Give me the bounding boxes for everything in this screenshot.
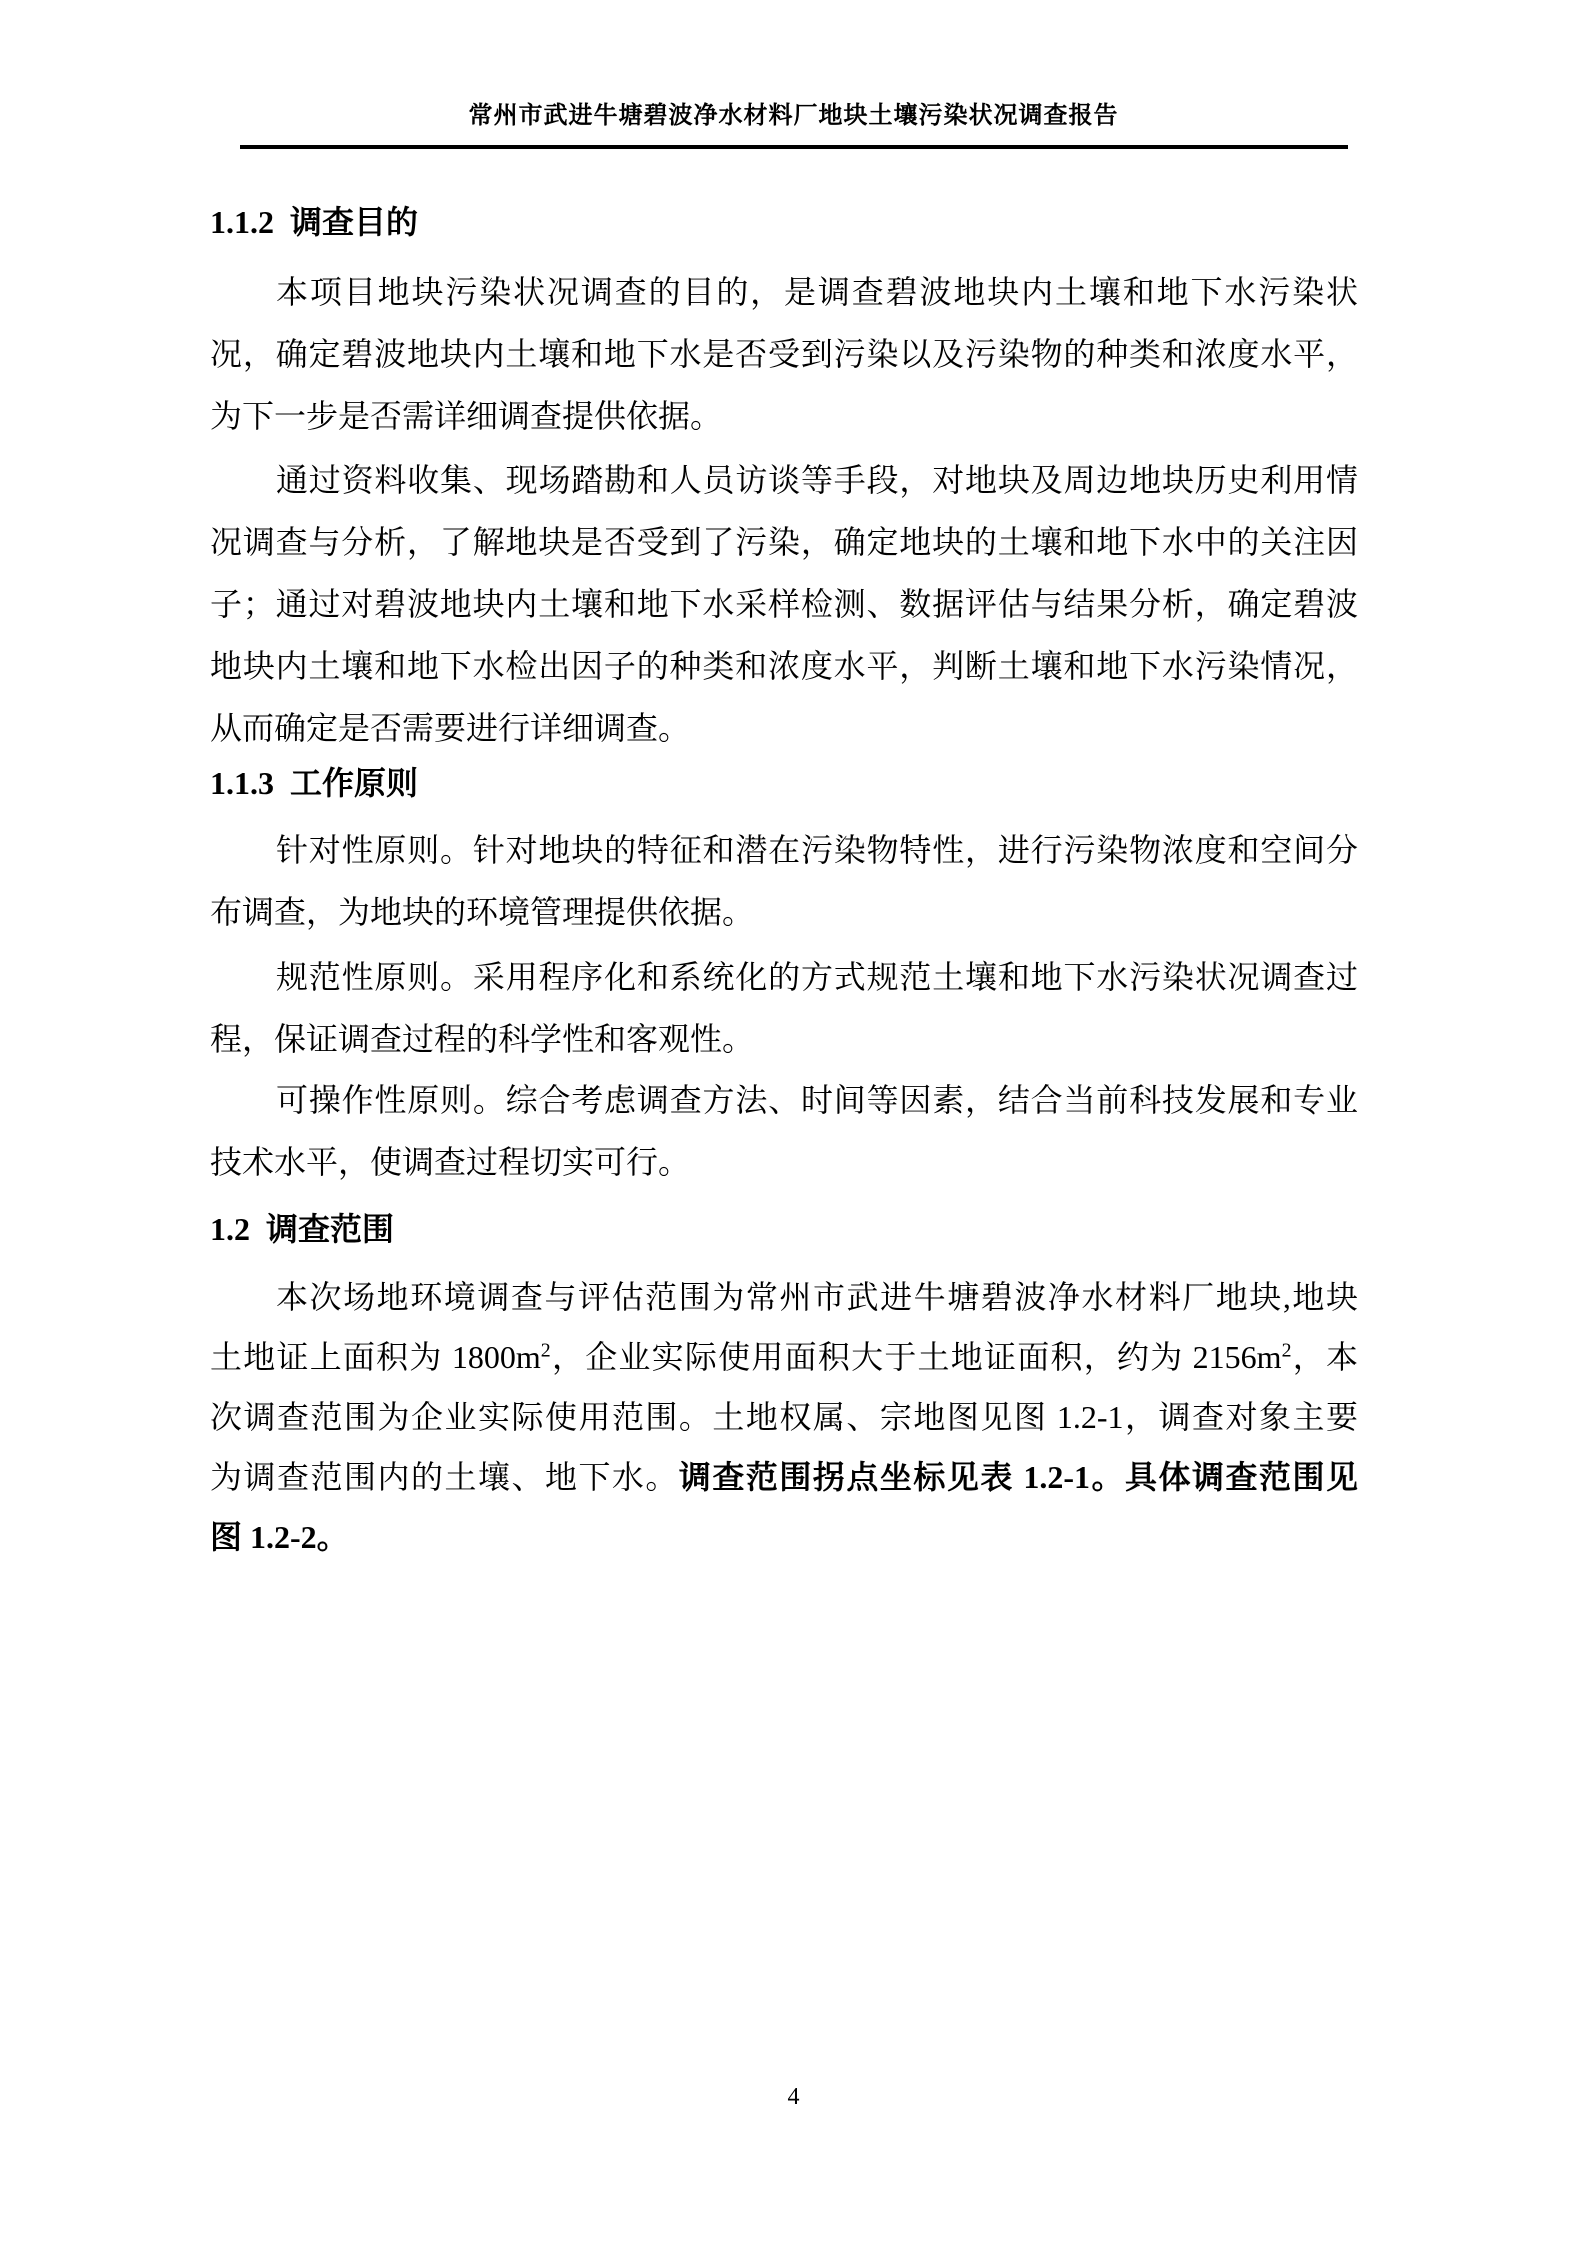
section-number: 1.2 (210, 1211, 250, 1247)
paragraph: 规范性原则。采用程序化和系统化的方式规范土壤和地下水污染状况调查过 程，保证调查… (210, 946, 1358, 1070)
body-line: 本次场地环境调查与评估范围为常州市武进牛塘碧波净水材料厂地块,地块 (210, 1267, 1358, 1327)
body-line: 技术水平，使调查过程切实可行。 (210, 1131, 1358, 1193)
document-page: 常州市武进牛塘碧波净水材料厂地块土壤污染状况调查报告 1.1.2调查目的 本项目… (0, 0, 1587, 2245)
superscript: 2 (541, 1339, 551, 1361)
superscript: 2 (1282, 1339, 1292, 1361)
paragraph: 可操作性原则。综合考虑调查方法、时间等因素，结合当前科技发展和专业 技术水平，使… (210, 1069, 1358, 1193)
section-title: 工作原则 (290, 765, 418, 801)
body-line: 规范性原则。采用程序化和系统化的方式规范土壤和地下水污染状况调查过 (210, 946, 1358, 1008)
body-line: 布调查，为地块的环境管理提供依据。 (210, 881, 1358, 943)
section-title: 调查目的 (290, 204, 418, 240)
body-line: 为调查范围内的土壤、地下水。调查范围拐点坐标见表 1.2-1。具体调查范围见 (210, 1447, 1358, 1507)
body-line: 地块内土壤和地下水检出因子的种类和浓度水平，判断土壤和地下水污染情况， (210, 635, 1358, 697)
section-heading-1-1-2: 1.1.2调查目的 (210, 191, 1358, 253)
text-segment: ，企业实际使用面积大于土地证面积，约为 2156m (551, 1339, 1282, 1375)
section-heading-1-1-3: 1.1.3工作原则 (210, 752, 1358, 814)
paragraph: 针对性原则。针对地块的特征和潜在污染物特性，进行污染物浓度和空间分 布调查，为地… (210, 819, 1358, 943)
text-segment: 土地证上面积为 1800m (210, 1339, 541, 1375)
section-number: 1.1.2 (210, 204, 274, 240)
text-segment: 为调查范围内的土壤、地下水。 (210, 1459, 679, 1495)
section-number: 1.1.3 (210, 765, 274, 801)
body-line: 通过资料收集、现场踏勘和人员访谈等手段，对地块及周边地块历史利用情 (210, 449, 1358, 511)
body-line: 况调查与分析，了解地块是否受到了污染，确定地块的土壤和地下水中的关注因 (210, 511, 1358, 573)
body-line: 针对性原则。针对地块的特征和潜在污染物特性，进行污染物浓度和空间分 (210, 819, 1358, 881)
text-segment: ，本 (1292, 1339, 1358, 1375)
paragraph: 本次场地环境调查与评估范围为常州市武进牛塘碧波净水材料厂地块,地块 土地证上面积… (210, 1267, 1358, 1567)
paragraph: 通过资料收集、现场踏勘和人员访谈等手段，对地块及周边地块历史利用情 况调查与分析… (210, 449, 1358, 759)
body-line: 从而确定是否需要进行详细调查。 (210, 697, 1358, 759)
body-line: 为下一步是否需详细调查提供依据。 (210, 385, 1358, 447)
page-number: 4 (0, 2082, 1587, 2112)
body-line: 子；通过对碧波地块内土壤和地下水采样检测、数据评估与结果分析，确定碧波 (210, 573, 1358, 635)
section-heading-1-2: 1.2调查范围 (210, 1198, 1358, 1260)
body-line: 可操作性原则。综合考虑调查方法、时间等因素，结合当前科技发展和专业 (210, 1069, 1358, 1131)
body-line: 图 1.2-2。 (210, 1507, 1358, 1567)
paragraph: 本项目地块污染状况调查的目的，是调查碧波地块内土壤和地下水污染状 况，确定碧波地… (210, 261, 1358, 447)
header-rule (240, 145, 1348, 149)
body-line: 程，保证调查过程的科学性和客观性。 (210, 1008, 1358, 1070)
text-segment-bold: 调查范围拐点坐标见表 1.2-1。具体调查范围见 (679, 1459, 1358, 1495)
body-line: 土地证上面积为 1800m2，企业实际使用面积大于土地证面积，约为 2156m2… (210, 1327, 1358, 1387)
body-line: 本项目地块污染状况调查的目的，是调查碧波地块内土壤和地下水污染状 (210, 261, 1358, 323)
body-line: 况，确定碧波地块内土壤和地下水是否受到污染以及污染物的种类和浓度水平， (210, 323, 1358, 385)
body-line: 次调查范围为企业实际使用范围。土地权属、宗地图见图 1.2-1，调查对象主要 (210, 1387, 1358, 1447)
running-header-title: 常州市武进牛塘碧波净水材料厂地块土壤污染状况调查报告 (0, 99, 1587, 133)
section-title: 调查范围 (266, 1211, 394, 1247)
